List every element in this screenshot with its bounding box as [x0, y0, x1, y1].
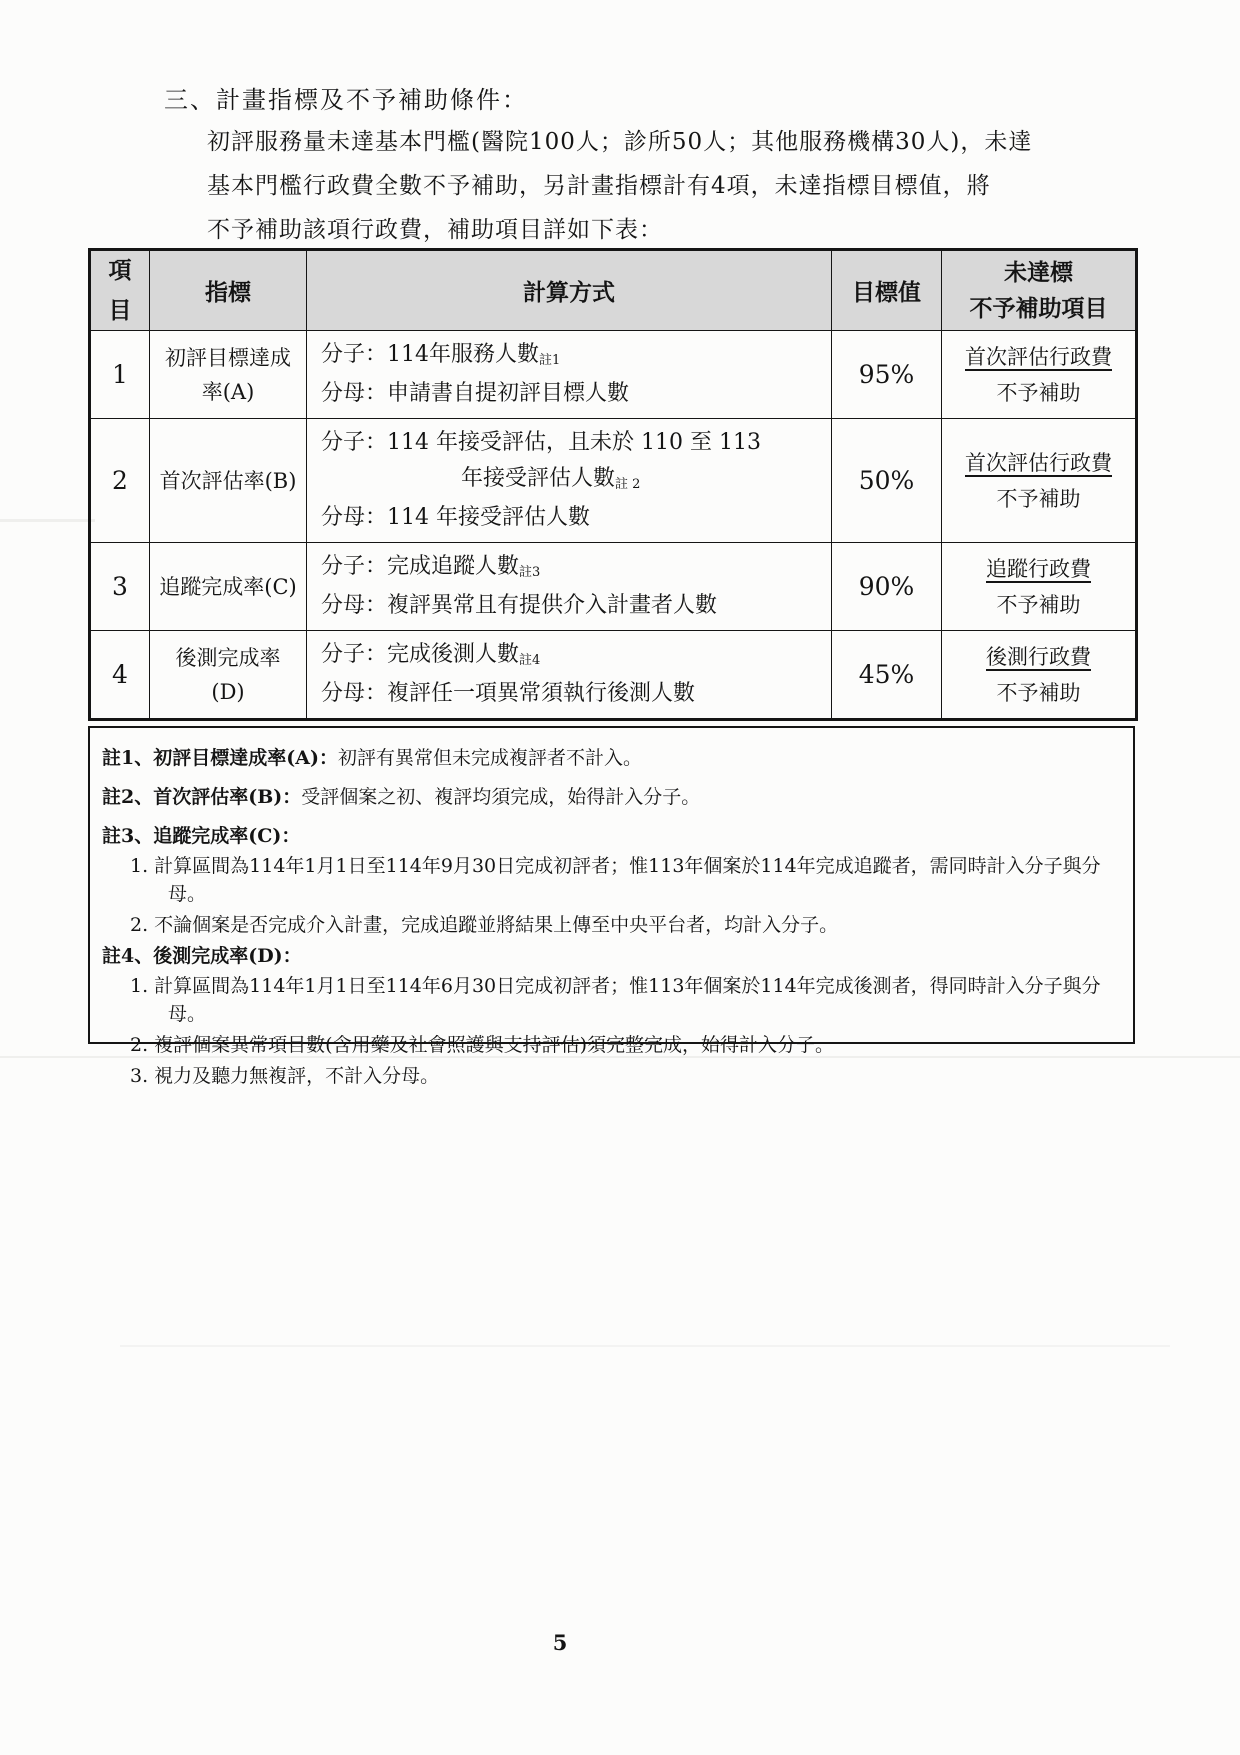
calculation-cell: 分子：114年服務人數註1 分母：申請書自提初評目標人數 [307, 331, 832, 419]
indicator-line: 後測完成率 [150, 641, 306, 675]
calculation-cell: 分子：114 年接受評估，且未於 110 至 113 年接受評估人數註 2 分母… [307, 419, 832, 543]
calc-denominator: 分母：114 年接受評估人數 [321, 500, 825, 536]
penalty-line2: 不予補助 [942, 481, 1135, 517]
indicator-line: 率(A) [150, 375, 306, 409]
note-reference: 註4 [519, 653, 540, 668]
table-row: 2 首次評估率(B) 分子：114 年接受評估，且未於 110 至 113 年接… [90, 419, 1137, 543]
footnote-4-item-1: 1. 計算區間為114年1月1日至114年6月30日完成初評者；惟113年個案於… [102, 972, 1119, 1028]
penalty-line1: 後測行政費 [942, 639, 1135, 675]
page-number: 5 [0, 1630, 1120, 1655]
scan-fold-line [0, 519, 95, 522]
calculation-cell: 分子：完成追蹤人數註3 分母：複評異常且有提供介入計畫者人數 [307, 543, 832, 631]
target-value: 90% [832, 543, 942, 631]
footnote-label: 註1、初評目標達成率(A)： [102, 747, 338, 769]
penalty-cell: 後測行政費 不予補助 [942, 631, 1137, 720]
footnote-1: 註1、初評目標達成率(A)：初評有異常但未完成複評者不計入。 [102, 744, 1119, 772]
indicator-cell: 初評目標達成 率(A) [150, 331, 307, 419]
header-calculation: 計算方式 [307, 250, 832, 331]
row-number: 3 [90, 543, 150, 631]
section-heading: 三、計畫指標及不予補助條件： [164, 80, 528, 115]
header-penalty: 未達標 不予補助項目 [942, 250, 1137, 331]
table-row: 1 初評目標達成 率(A) 分子：114年服務人數註1 分母：申請書自提初評目標… [90, 331, 1137, 419]
calc-numerator: 分子：完成後測人數註4 [321, 637, 825, 676]
note-reference: 註 2 [615, 477, 640, 492]
row-number: 4 [90, 631, 150, 720]
note-reference: 註1 [539, 353, 560, 368]
penalty-cell: 追蹤行政費 不予補助 [942, 543, 1137, 631]
calc-denominator: 分母：複評異常且有提供介入計畫者人數 [321, 588, 825, 624]
penalty-line1: 首次評估行政費 [942, 339, 1135, 375]
indicator-line: (D) [150, 675, 306, 709]
penalty-line1: 追蹤行政費 [942, 551, 1135, 587]
footnote-label: 註3、追蹤完成率(C)： [102, 825, 300, 847]
header-penalty-line2: 不予補助項目 [942, 291, 1135, 327]
penalty-line2: 不予補助 [942, 587, 1135, 623]
calc-numerator: 分子：114 年接受評估，且未於 110 至 113 [321, 425, 825, 461]
indicator-cell: 後測完成率 (D) [150, 631, 307, 720]
footnote-label: 註4、後測完成率(D)： [102, 945, 302, 967]
header-penalty-line1: 未達標 [942, 255, 1135, 291]
table-row: 4 後測完成率 (D) 分子：完成後測人數註4 分母：複評任一項異常須執行後測人… [90, 631, 1137, 720]
header-item-no: 項目 [90, 250, 150, 331]
header-target: 目標值 [832, 250, 942, 331]
content-block: 項目 指標 計算方式 目標值 未達標 不予補助項目 1 初評目標達成 率(A) … [88, 248, 1135, 1044]
target-value: 95% [832, 331, 942, 419]
footnote-3-item-2: 2. 不論個案是否完成介入計畫，完成追蹤並將結果上傳至中央平台者，均計入分子。 [102, 911, 1119, 939]
calc-numerator: 分子：完成追蹤人數註3 [321, 549, 825, 588]
indicator-line: 首次評估率(B) [150, 464, 306, 498]
note-reference: 註3 [519, 565, 540, 580]
row-number: 2 [90, 419, 150, 543]
intro-paragraph: 初評服務量未達基本門檻(醫院100人；診所50人；其他服務機構30人)，未達 基… [207, 120, 1032, 252]
penalty-cell: 首次評估行政費 不予補助 [942, 419, 1137, 543]
penalty-line1: 首次評估行政費 [942, 445, 1135, 481]
footnote-4-item-2: 2. 複評個案異常項目數(含用藥及社會照護與支持評估)須完整完成，始得計入分子。 [102, 1031, 1119, 1059]
calc-numerator-cont: 年接受評估人數註 2 [461, 461, 825, 500]
footnote-4-item-3: 3. 視力及聽力無複評，不計入分母。 [102, 1062, 1119, 1090]
indicator-cell: 首次評估率(B) [150, 419, 307, 543]
target-value: 50% [832, 419, 942, 543]
indicator-cell: 追蹤完成率(C) [150, 543, 307, 631]
intro-line-2: 基本門檻行政費全數不予補助，另計畫指標計有4項，未達指標目標值，將 [207, 164, 1032, 208]
scan-fold-line [120, 1345, 1170, 1347]
footnote-4: 註4、後測完成率(D)： [102, 942, 1119, 970]
calc-numerator: 分子：114年服務人數註1 [321, 337, 825, 376]
target-value: 45% [832, 631, 942, 720]
indicator-line: 初評目標達成 [150, 341, 306, 375]
intro-line-3: 不予補助該項行政費，補助項目詳如下表： [207, 208, 1032, 252]
row-number: 1 [90, 331, 150, 419]
penalty-line2: 不予補助 [942, 675, 1135, 711]
indicator-table: 項目 指標 計算方式 目標值 未達標 不予補助項目 1 初評目標達成 率(A) … [88, 248, 1138, 721]
penalty-cell: 首次評估行政費 不予補助 [942, 331, 1137, 419]
footnote-3-item-1: 1. 計算區間為114年1月1日至114年9月30日完成初評者；惟113年個案於… [102, 852, 1119, 908]
table-header-row: 項目 指標 計算方式 目標值 未達標 不予補助項目 [90, 250, 1137, 331]
calculation-cell: 分子：完成後測人數註4 分母：複評任一項異常須執行後測人數 [307, 631, 832, 720]
footnote-text: 受評個案之初、複評均須完成，始得計入分子。 [301, 786, 700, 808]
header-indicator: 指標 [150, 250, 307, 331]
footnotes-box: 註1、初評目標達成率(A)：初評有異常但未完成複評者不計入。 註2、首次評估率(… [88, 726, 1135, 1044]
penalty-line2: 不予補助 [942, 375, 1135, 411]
footnote-2: 註2、首次評估率(B)：受評個案之初、複評均須完成，始得計入分子。 [102, 783, 1119, 811]
calc-denominator: 分母：申請書自提初評目標人數 [321, 376, 825, 412]
calc-denominator: 分母：複評任一項異常須執行後測人數 [321, 676, 825, 712]
indicator-line: 追蹤完成率(C) [150, 570, 306, 604]
table-row: 3 追蹤完成率(C) 分子：完成追蹤人數註3 分母：複評異常且有提供介入計畫者人… [90, 543, 1137, 631]
footnote-text: 初評有異常但未完成複評者不計入。 [338, 747, 642, 769]
footnote-label: 註2、首次評估率(B)： [102, 786, 301, 808]
intro-line-1: 初評服務量未達基本門檻(醫院100人；診所50人；其他服務機構30人)，未達 [207, 120, 1032, 164]
footnote-3: 註3、追蹤完成率(C)： [102, 822, 1119, 850]
